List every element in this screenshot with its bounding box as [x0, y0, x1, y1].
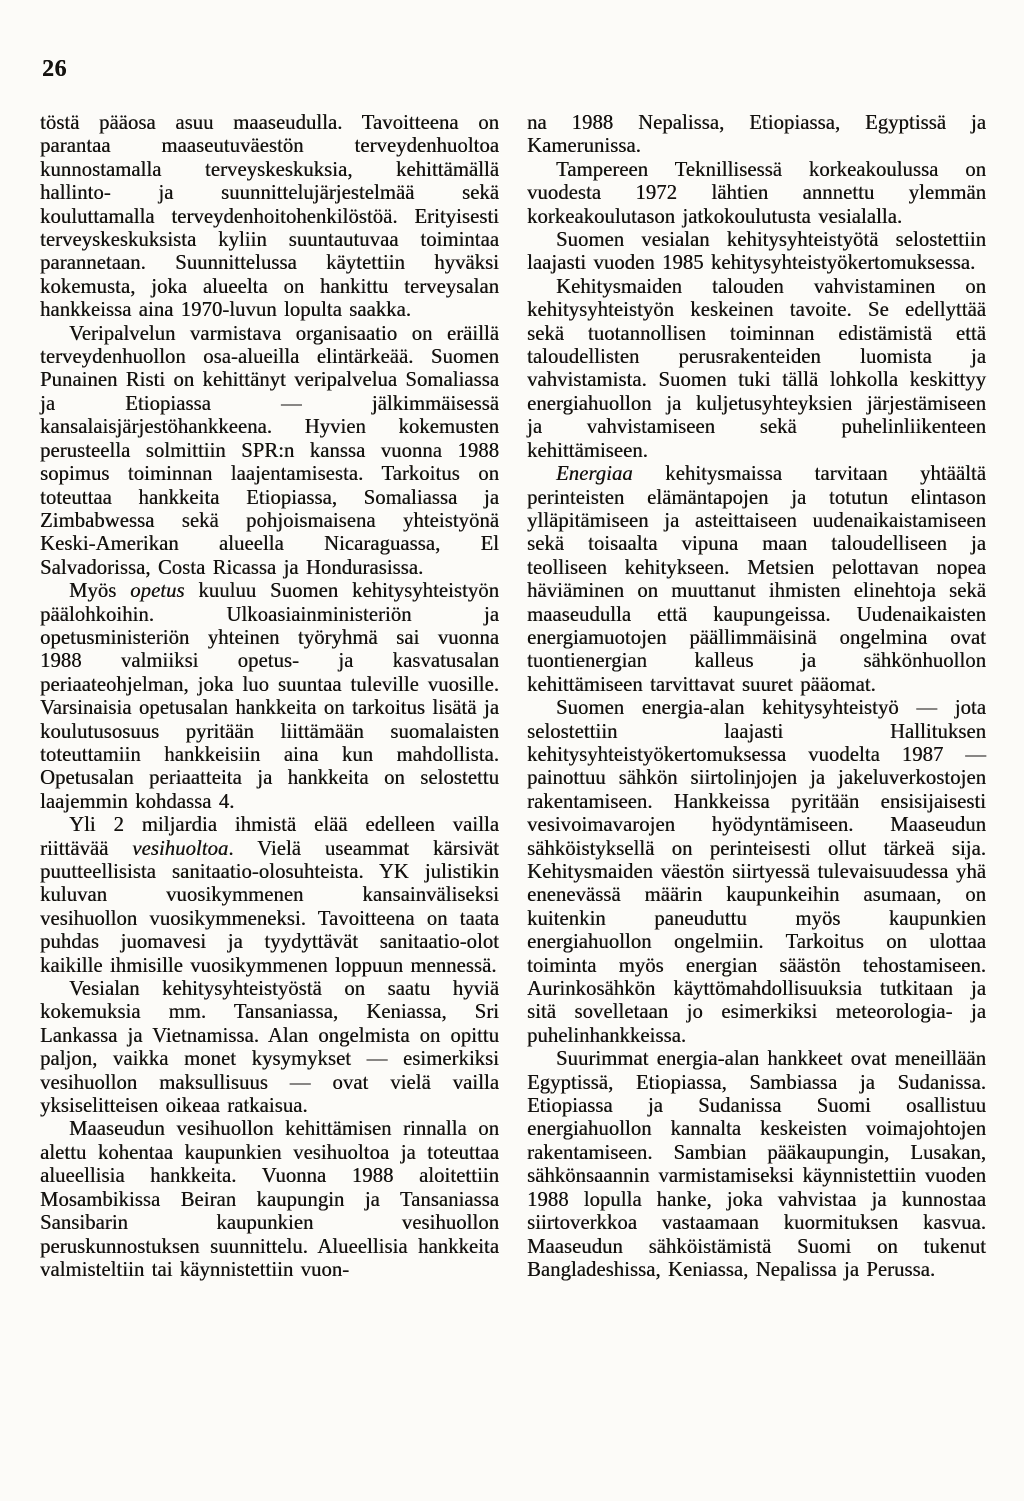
paragraph: Suomen vesialan kehitysyhteistyötä selos…: [527, 229, 986, 276]
paragraph: Maaseudun vesihuollon kehittämisen rinna…: [40, 1118, 499, 1282]
right-column: na 1988 Nepalissa, Etiopiassa, Egyptissä…: [527, 112, 986, 1282]
left-column: töstä pääosa asuu maaseudulla. Tavoittee…: [40, 112, 499, 1282]
paragraph: Tampereen Teknillisessä korkeakoulussa o…: [527, 159, 986, 229]
page-number: 26: [42, 56, 67, 83]
paragraph: töstä pääosa asuu maaseudulla. Tavoittee…: [40, 112, 499, 323]
paragraph: Veripalvelun varmistava organisaatio on …: [40, 323, 499, 580]
paragraph: Energiaa kehitysmaissa tarvitaan yhtäält…: [527, 463, 986, 697]
paragraph: Vesialan kehitysyhteistyöstä on saatu hy…: [40, 978, 499, 1118]
paragraph: na 1988 Nepalissa, Etiopiassa, Egyptissä…: [527, 112, 986, 159]
scanned-document-page: 26 töstä pääosa asuu maaseudulla. Tavoit…: [0, 0, 1024, 1501]
paragraph: Myös opetus kuuluu Suomen kehitysyhteist…: [40, 580, 499, 814]
paragraph: Kehitysmaiden talouden vahvistaminen on …: [527, 276, 986, 463]
paragraph: Yli 2 miljardia ihmistä elää edelleen va…: [40, 814, 499, 978]
paragraph: Suomen energia-alan kehitysyhteistyö — j…: [527, 697, 986, 1048]
text-columns: töstä pääosa asuu maaseudulla. Tavoittee…: [40, 112, 986, 1282]
paragraph: Suurimmat energia-alan hankkeet ovat men…: [527, 1048, 986, 1282]
